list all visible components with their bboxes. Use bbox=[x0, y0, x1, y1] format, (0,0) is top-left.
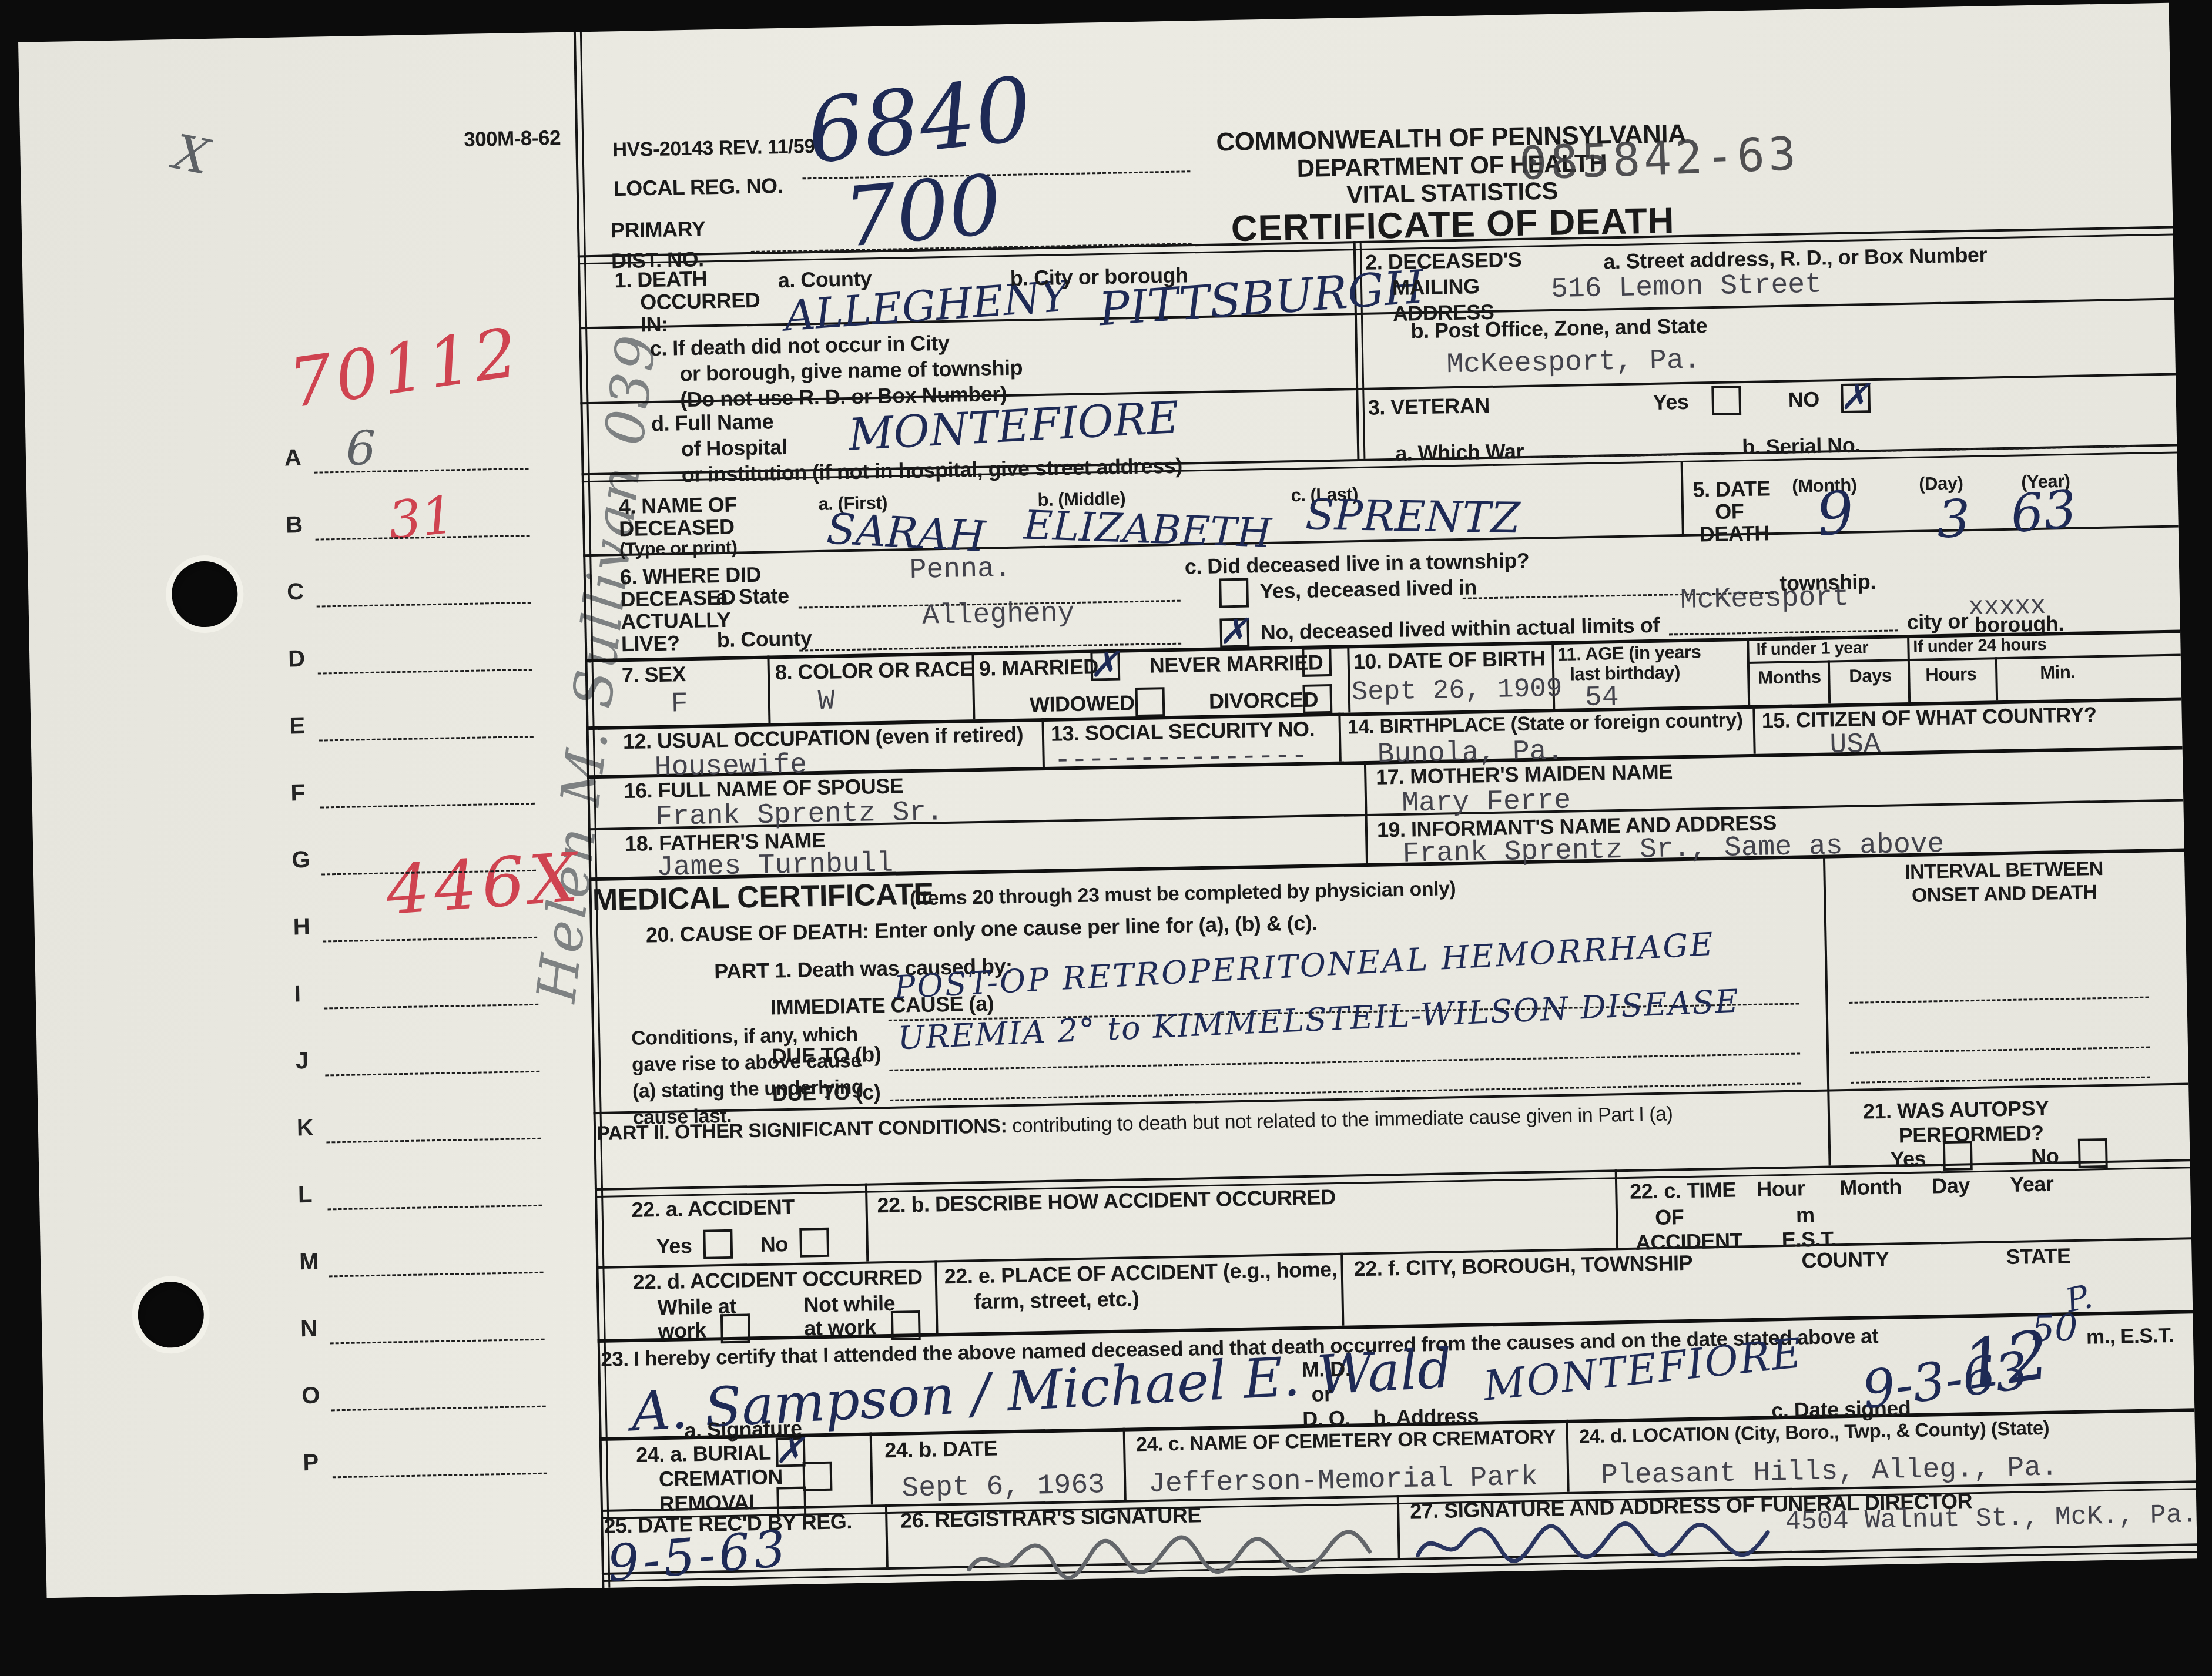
divider-24b-24c bbox=[1123, 1428, 1127, 1500]
box21-no-checkbox bbox=[2078, 1138, 2108, 1168]
photographed-death-certificate: X 300M-8-62 Helen M. Sullivan 039 70112 … bbox=[0, 0, 2212, 1676]
divider-13-14 bbox=[1338, 713, 1342, 762]
index-letter-n: N bbox=[300, 1316, 318, 1343]
divider-hours-min bbox=[1995, 657, 1998, 700]
divider-under1-under24 bbox=[1907, 635, 1911, 702]
box7-label: 7. SEX bbox=[622, 662, 686, 688]
box11-value: 54 bbox=[1584, 682, 1619, 714]
box22c-label-2: OF bbox=[1655, 1205, 1684, 1230]
divider-26-27 bbox=[1397, 1495, 1400, 1558]
box23-do-label: D. O. bbox=[1302, 1406, 1350, 1432]
part2-rest: contributing to death but not related to… bbox=[1012, 1102, 1673, 1137]
box20-label: 20. CAUSE OF DEATH: Enter only one cause… bbox=[646, 910, 1318, 947]
divider-12-13 bbox=[1041, 718, 1045, 767]
box5-day-value: 3 bbox=[1937, 488, 1971, 549]
box2-post-label: b. Post Office, Zone, and State bbox=[1410, 313, 1707, 343]
box9-never-married-checkbox bbox=[1302, 647, 1332, 677]
divider-24a-24b bbox=[870, 1433, 873, 1505]
box6-no-value: McKeesport bbox=[1680, 582, 1849, 616]
box20-due-b-label: DUE TO (b) bbox=[772, 1042, 882, 1068]
index-line bbox=[333, 1473, 547, 1479]
box24-date-value: Sept 6, 1963 bbox=[901, 1469, 1105, 1504]
checkbox-x-mark: ✗ bbox=[1089, 644, 1120, 686]
divider-box4-box5 bbox=[1681, 461, 1684, 534]
box9-married-label: 9. MARRIED bbox=[978, 654, 1098, 681]
box4-first-value: SARAH bbox=[826, 504, 987, 561]
index-line bbox=[317, 602, 531, 608]
box4-label-3: (Type or print) bbox=[619, 537, 738, 560]
box3-war-label: a. Which War bbox=[1395, 439, 1524, 466]
box3-no-checkbox-checked: ✗ bbox=[1841, 383, 1871, 413]
box5-label-1: 5. DATE bbox=[1692, 476, 1771, 502]
box2-post-value: McKeesport, Pa. bbox=[1446, 344, 1701, 381]
index-letter-p: P bbox=[303, 1450, 319, 1476]
primary-label: PRIMARY bbox=[611, 216, 706, 243]
index-letter-e: E bbox=[289, 713, 306, 739]
index-line bbox=[319, 736, 534, 742]
divider-25-26 bbox=[885, 1504, 889, 1567]
index-line bbox=[329, 1272, 544, 1278]
box1-label-2: OCCURRED bbox=[640, 288, 760, 315]
box22c-label-1: 22. c. TIME bbox=[1630, 1178, 1736, 1204]
index-letter-b: B bbox=[286, 512, 303, 539]
box20-line-b bbox=[889, 1052, 1800, 1071]
box9-married-checkbox-checked: ✗ bbox=[1090, 651, 1120, 681]
form-code: HVS-20143 REV. 11/59 bbox=[612, 135, 815, 162]
box23-address-label: b. Address bbox=[1373, 1404, 1479, 1430]
divider-22a-22b bbox=[865, 1184, 869, 1262]
medical-certificate-title: MEDICAL CERTIFICATE bbox=[592, 876, 934, 918]
box22c-month-label: Month bbox=[1839, 1174, 1902, 1200]
under1-months-label: Months bbox=[1758, 666, 1821, 689]
box6-city-or-label: city or bbox=[1906, 609, 1968, 635]
box22a-no-checkbox bbox=[799, 1228, 829, 1258]
index-line bbox=[330, 1339, 545, 1345]
checkbox-x-mark: ✗ bbox=[1839, 376, 1870, 418]
divider-months-days bbox=[1828, 660, 1831, 703]
box9-never-married-label: NEVER MARRIED bbox=[1149, 650, 1323, 678]
under24-min-label: Min. bbox=[2040, 662, 2076, 683]
box9-divorced-checkbox bbox=[1302, 684, 1332, 714]
index-letter-o: O bbox=[301, 1383, 320, 1410]
box22a-yes-checkbox bbox=[703, 1229, 733, 1259]
divider-22d-22e bbox=[934, 1260, 938, 1333]
interval-line-a bbox=[1849, 997, 2149, 1004]
divider-7-8 bbox=[767, 656, 770, 723]
index-line bbox=[326, 1138, 541, 1144]
box2-street-value: 516 Lemon Street bbox=[1551, 269, 1822, 306]
box1-label-3: IN: bbox=[641, 312, 668, 337]
index-letter-l: L bbox=[298, 1182, 313, 1208]
index-letter-i: I bbox=[294, 981, 301, 1007]
interval-line-b bbox=[1850, 1047, 2150, 1054]
box23-date-signed-value: 9-3-63 bbox=[1859, 1340, 2032, 1420]
box22a-yes-label: Yes bbox=[656, 1233, 692, 1259]
box6-state-value: Penna. bbox=[909, 553, 1011, 586]
box22f-state-label: STATE bbox=[2006, 1243, 2071, 1269]
box9-widowed-checkbox bbox=[1135, 687, 1165, 717]
box13-value: --------------- bbox=[1054, 740, 1308, 777]
divider-9-10 bbox=[1347, 645, 1350, 712]
box1-hospital-label-2: of Hospital bbox=[681, 435, 787, 461]
index-line bbox=[331, 1406, 546, 1412]
index-letter-f: F bbox=[290, 780, 305, 806]
box2-label-1: 2. DECEASED'S bbox=[1365, 247, 1522, 275]
box24-cremation-label: CREMATION bbox=[659, 1464, 783, 1491]
dist-no-value: 700 bbox=[840, 157, 1006, 266]
divider-11-under1 bbox=[1747, 638, 1750, 705]
box3-serial-label: b. Serial No. bbox=[1742, 433, 1861, 460]
box22d-label: 22. d. ACCIDENT OCCURRED bbox=[633, 1265, 923, 1295]
box24-date-label: 24. b. DATE bbox=[884, 1436, 998, 1463]
box22a-no-label: No bbox=[760, 1232, 788, 1257]
box5-year-value: 63 bbox=[2008, 478, 2079, 544]
box6-label-4: LIVE? bbox=[621, 631, 680, 656]
divider-14-15 bbox=[1752, 705, 1756, 754]
box11-label-2: last birthday) bbox=[1570, 662, 1680, 685]
under24-hours-label: Hours bbox=[1925, 663, 1977, 686]
box9-divorced-label: DIVORCED bbox=[1209, 687, 1319, 713]
box8-label: 8. COLOR OR RACE bbox=[775, 656, 974, 685]
index-letter-j: J bbox=[295, 1048, 309, 1074]
checkbox-x-mark: ✗ bbox=[1218, 611, 1249, 653]
under24-label: If under 24 hours bbox=[1913, 635, 2046, 657]
box5-month-value: 9 bbox=[1813, 477, 1858, 549]
box6-county-label: b. County bbox=[717, 626, 812, 652]
divider-22b-22c bbox=[1615, 1169, 1618, 1248]
box24-cremation-checkbox bbox=[803, 1462, 833, 1491]
box6-no-line bbox=[1669, 629, 1898, 635]
interval-line-c bbox=[1851, 1077, 2150, 1084]
index-letter-m: M bbox=[299, 1249, 319, 1276]
red-number-line-b: 31 bbox=[386, 484, 457, 551]
box6-label-3: ACTUALLY bbox=[621, 608, 730, 634]
box1-hospital-label-1: d. Full Name bbox=[651, 409, 774, 436]
box3-label: 3. VETERAN bbox=[1368, 393, 1490, 420]
index-letter-g: G bbox=[291, 847, 310, 874]
box22c-hour-label: Hour bbox=[1757, 1176, 1805, 1201]
divider-24c-24d bbox=[1566, 1420, 1569, 1492]
box23-md-label: M. D. bbox=[1301, 1357, 1350, 1383]
box17-label: 17. MOTHER'S MAIDEN NAME bbox=[1376, 759, 1673, 789]
index-line bbox=[325, 1071, 539, 1077]
index-letter-h: H bbox=[293, 914, 310, 941]
box3-no-label: NO bbox=[1788, 387, 1819, 413]
box15-value: USA bbox=[1829, 729, 1881, 762]
index-letter-c: C bbox=[287, 579, 304, 606]
registrar-signature-scribble bbox=[962, 1515, 1375, 1587]
box22d-work-checkbox bbox=[720, 1313, 750, 1343]
index-letter-a: A bbox=[284, 445, 302, 472]
box22c-year-label: Year bbox=[2010, 1172, 2054, 1197]
index-line bbox=[328, 1205, 542, 1211]
box21-label-1: 21. WAS AUTOPSY bbox=[1863, 1096, 2049, 1124]
box21-yes-checkbox bbox=[1943, 1141, 1973, 1171]
punch-hole-bottom bbox=[138, 1281, 205, 1348]
divider-22e-22f bbox=[1340, 1253, 1344, 1326]
box6-county-value: Allegheny bbox=[922, 598, 1075, 632]
under1-label: If under 1 year bbox=[1756, 638, 1868, 659]
box9-widowed-label: WIDOWED bbox=[1030, 690, 1135, 717]
box4-last-value: SPRENTZ bbox=[1305, 490, 1521, 542]
box6-no-checkbox-checked: ✗ bbox=[1219, 618, 1249, 648]
box22c-m-label: m bbox=[1796, 1202, 1815, 1228]
box24-burial-checkbox-checked: ✗ bbox=[776, 1437, 806, 1467]
box1-township-note-1: c. If death did not occur in City bbox=[649, 331, 949, 361]
funeral-director-signature-scribble bbox=[1410, 1503, 1775, 1571]
under1-days-label: Days bbox=[1849, 665, 1892, 687]
box6-yes-line-label: Yes, deceased lived in bbox=[1259, 575, 1477, 604]
box4-middle-value: ELIZABETH bbox=[1023, 502, 1272, 557]
box22e-label-1: 22. e. PLACE OF ACCIDENT (e.g., home, bbox=[944, 1257, 1337, 1289]
index-line bbox=[320, 803, 535, 809]
medical-certificate-subtitle: (Items 20 through 23 must be completed b… bbox=[910, 877, 1456, 910]
box6-yes-checkbox bbox=[1219, 578, 1249, 608]
box22d-work-label: work bbox=[658, 1318, 706, 1343]
print-run-code: 300M-8-62 bbox=[464, 126, 561, 152]
index-letter-d: D bbox=[288, 646, 306, 673]
red-case-number: 70112 bbox=[284, 313, 526, 424]
box10-value: Sept 26, 1909 bbox=[1351, 673, 1563, 708]
box22f-county-label: COUNTY bbox=[1801, 1247, 1889, 1273]
box20-due-c-label: DUE TO (c) bbox=[772, 1080, 881, 1106]
box22c-day-label: Day bbox=[1932, 1173, 1970, 1198]
red-number-line-h: 446X bbox=[384, 838, 585, 930]
box6-state-label: a. State bbox=[716, 584, 789, 609]
divider-18-19 bbox=[1365, 814, 1368, 863]
pencil-number: 6 bbox=[346, 421, 377, 476]
box3-yes-checkbox bbox=[1711, 386, 1741, 415]
box10-label: 10. DATE OF BIRTH bbox=[1353, 646, 1546, 674]
state-file-number-stamp: 085842-63 bbox=[1519, 128, 1801, 190]
box8-value: W bbox=[817, 685, 835, 718]
box22d-notwhile-label: Not while bbox=[803, 1291, 895, 1318]
box22d-atwork-label: at work bbox=[804, 1315, 876, 1340]
box23-time-suffix: m., E.S.T. bbox=[2086, 1324, 2174, 1349]
certificate-paper: X 300M-8-62 Helen M. Sullivan 039 70112 … bbox=[18, 3, 2197, 1598]
box22e-label-2: farm, street, etc.) bbox=[974, 1286, 1139, 1314]
index-letter-k: K bbox=[297, 1115, 314, 1142]
box22f-label: 22. f. CITY, BOROUGH, TOWNSHIP bbox=[1353, 1251, 1692, 1282]
box21-no-label: No bbox=[2031, 1144, 2059, 1169]
box3-yes-label: Yes bbox=[1653, 390, 1688, 415]
box24-cemetery-label: 24. c. NAME OF CEMETERY OR CREMATORY bbox=[1136, 1426, 1556, 1456]
box23-or-label: or bbox=[1311, 1382, 1332, 1407]
local-reg-label: LOCAL REG. NO. bbox=[613, 173, 783, 201]
divider-16-17 bbox=[1364, 761, 1368, 814]
box7-value: F bbox=[671, 688, 688, 720]
box2-label-2: MAILING bbox=[1392, 274, 1480, 300]
box21-yes-label: Yes bbox=[1890, 1147, 1926, 1172]
index-line bbox=[324, 1004, 538, 1010]
box6-strikeover-xxxxx: xxxxx bbox=[1968, 592, 2046, 622]
box24-burial-label: 24. a. BURIAL bbox=[636, 1440, 771, 1467]
index-line bbox=[318, 669, 532, 675]
box5-label-2: OF bbox=[1715, 499, 1744, 524]
box22d-atwork-checkbox bbox=[891, 1310, 921, 1340]
pencil-x-mark: X bbox=[169, 125, 213, 186]
box5-label-3: DEATH bbox=[1699, 521, 1769, 547]
index-line bbox=[323, 937, 537, 943]
punch-hole-top bbox=[171, 561, 238, 628]
box22a-label: 22. a. ACCIDENT bbox=[631, 1195, 795, 1222]
